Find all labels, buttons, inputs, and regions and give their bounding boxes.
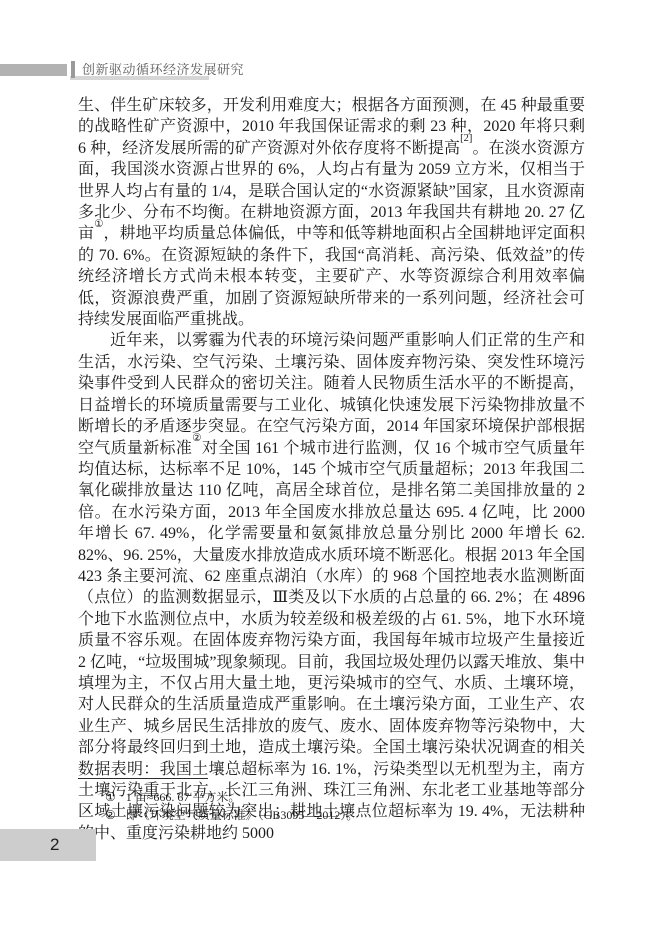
footnote-item: ②即《环境空气质量标准》（GB3095—2012）。 bbox=[78, 806, 585, 824]
paragraph-resource-shortage: 生、伴生矿床较多，开发利用难度大；根据各方面预测，在 45 种最重要的战略性矿产… bbox=[78, 95, 585, 330]
footnote-ref-2: ② bbox=[192, 433, 202, 444]
footnote-item: ①1 亩≈666. 67 平方米。 bbox=[78, 788, 585, 806]
page-number: 2 bbox=[50, 835, 59, 855]
header-decoration-block bbox=[0, 64, 67, 76]
footnotes: ①1 亩≈666. 67 平方米。 ②即《环境空气质量标准》（GB3095—20… bbox=[78, 788, 585, 824]
paragraph-text-segment: 对全国 161 个城市进行监测，仅 16 个城市空气质量年均值达标，达标率不足 … bbox=[78, 440, 585, 842]
footnote-separator bbox=[78, 778, 208, 779]
paragraph-text-segment: ，耕地平均质量总体偏低，中等和低等耕地面积占全国耕地评定面积的 70. 6%。在… bbox=[78, 225, 585, 328]
footnote-marker: ② bbox=[105, 808, 116, 822]
running-title: 创新驱动循环经济发展研究 bbox=[82, 62, 244, 77]
header-accent-bar bbox=[71, 61, 75, 78]
citation-ref-2: [2] bbox=[460, 133, 472, 144]
book-page: 创新驱动循环经济发展研究 生、伴生矿床较多，开发利用难度大；根据各方面预测，在 … bbox=[0, 0, 661, 925]
page-number-box: 2 bbox=[0, 829, 96, 861]
body-text: 生、伴生矿床较多，开发利用难度大；根据各方面预测，在 45 种最重要的战略性矿产… bbox=[78, 95, 585, 844]
footnote-text: 1 亩≈666. 67 平方米。 bbox=[126, 790, 241, 804]
paragraph-text-segment: 近年来，以雾霾为代表的环境污染问题严重影响人们正常的生产和生活，水污染、空气污染… bbox=[78, 332, 585, 456]
paragraph-environment-pollution: 近年来，以雾霾为代表的环境污染问题严重影响人们正常的生产和生活，水污染、空气污染… bbox=[78, 330, 585, 844]
footnote-ref-1: ① bbox=[94, 219, 103, 230]
footnote-text: 即《环境空气质量标准》（GB3095—2012）。 bbox=[126, 808, 359, 822]
footnote-marker: ① bbox=[105, 790, 116, 804]
